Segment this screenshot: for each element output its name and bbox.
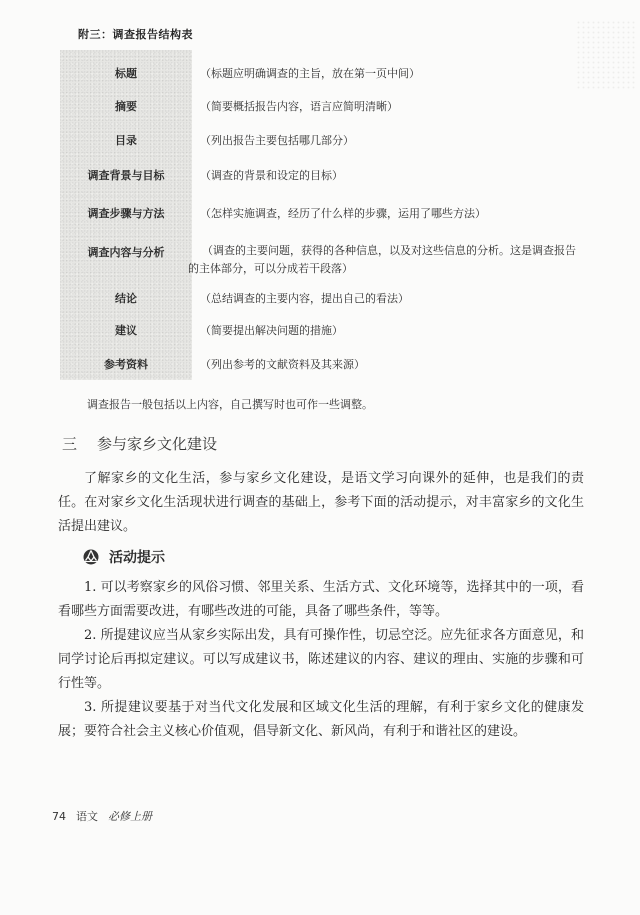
section-number: 三 bbox=[62, 435, 77, 453]
structure-desc: （调查的主要问题，获得的各种信息，以及对这些信息的分析。这是调查报告的主体部分，… bbox=[188, 242, 580, 278]
section-title: 参与家乡文化建设 bbox=[97, 435, 217, 453]
activity-item-2: 2. 所提建议应当从家乡实际出发，具有可操作性，切忌空泛。应先征求各方面意见，和… bbox=[58, 624, 584, 696]
structure-label: 目录 bbox=[60, 132, 192, 148]
structure-desc: （简要概括报告内容，语言应简明清晰） bbox=[200, 98, 580, 116]
structure-desc: （标题应明确调查的主旨，放在第一页中间） bbox=[200, 65, 580, 83]
structure-label: 建议 bbox=[60, 322, 192, 338]
structure-note: 调查报告一般包括以上内容，自己撰写时也可作一些调整。 bbox=[87, 396, 373, 412]
structure-desc: （列出报告主要包括哪几部分） bbox=[200, 132, 580, 150]
structure-desc: （调查的背景和设定的目标） bbox=[200, 167, 580, 185]
activity-item-3: 3. 所提建议要基于对当代文化发展和区域文化生活的理解，有利于家乡文化的健康发展… bbox=[58, 696, 584, 744]
structure-label: 结论 bbox=[60, 290, 192, 306]
section-heading: 三参与家乡文化建设 bbox=[62, 433, 217, 454]
book-volume: 必修上册 bbox=[108, 810, 152, 823]
structure-label: 调查步骤与方法 bbox=[60, 205, 192, 221]
book-title: 语文 bbox=[76, 810, 98, 823]
structure-desc: （简要提出解决问题的措施） bbox=[200, 322, 580, 340]
structure-label: 摘要 bbox=[60, 98, 192, 114]
structure-desc: （总结调查的主要内容，提出自己的看法） bbox=[200, 290, 580, 308]
textbook-page: 附三：调查报告结构表 标题 （标题应明确调查的主旨，放在第一页中间） 摘要 （简… bbox=[0, 0, 640, 915]
page-number: 74 bbox=[52, 810, 66, 823]
structure-desc: （怎样实施调查，经历了什么样的步骤，运用了哪些方法） bbox=[200, 205, 580, 223]
appendix-title: 附三：调查报告结构表 bbox=[78, 26, 193, 42]
activity-heading-text: 活动提示 bbox=[109, 547, 165, 567]
page-footer: 74语文必修上册 bbox=[52, 808, 152, 824]
activity-heading: 活动提示 bbox=[83, 547, 165, 567]
section-intro-paragraph: 了解家乡的文化生活，参与家乡文化建设，是语文学习向课外的延伸，也是我们的责任。在… bbox=[58, 467, 584, 539]
activity-item-1: 1. 可以考察家乡的风俗习惯、邻里关系、生活方式、文化环境等，选择其中的一项，看… bbox=[58, 576, 584, 624]
structure-label: 调查背景与目标 bbox=[60, 167, 192, 183]
activity-hint-icon bbox=[83, 549, 99, 565]
structure-desc: （列出参考的文献资料及其来源） bbox=[200, 356, 580, 374]
scan-speckle bbox=[576, 20, 636, 90]
structure-label: 标题 bbox=[60, 65, 192, 81]
structure-label: 调查内容与分析 bbox=[60, 244, 192, 260]
structure-label: 参考资料 bbox=[60, 356, 192, 372]
